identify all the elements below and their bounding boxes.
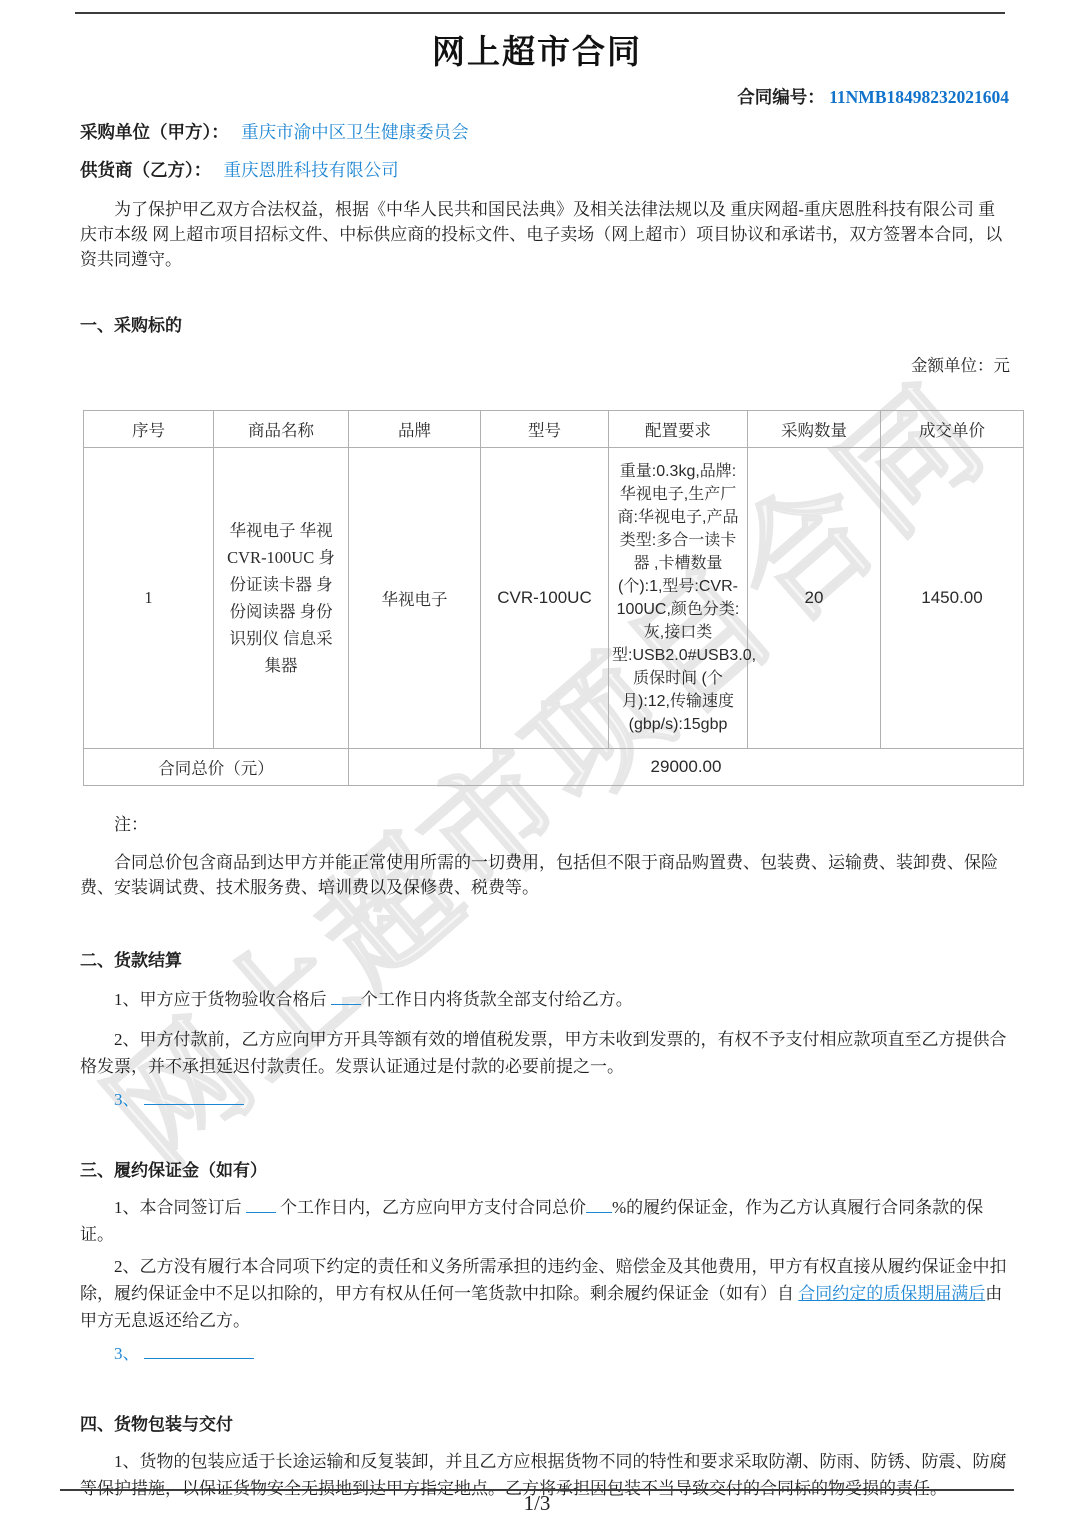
cell-product-name: 华视电子 华视 CVR-100UC 身份证读卡器 身份阅读器 身份识别仪 信息采…: [214, 448, 349, 749]
party-b-value: 重庆恩胜科技有限公司: [224, 160, 399, 180]
header-product-name: 商品名称: [214, 411, 349, 448]
s3-item1-mid: 个工作日内，乙方应向甲方支付合同总价: [276, 1198, 586, 1217]
amount-unit-note: 金额单位：元: [911, 352, 1010, 376]
s2-item1-blank: [331, 986, 361, 1005]
section-2-heading: 二、货款结算: [80, 946, 182, 971]
goods-table: 序号 商品名称 品牌 型号 配置要求 采购数量 成交单价 1 华视电子 华视 C…: [83, 410, 1024, 786]
cell-quantity: 20: [748, 448, 881, 749]
header-config: 配置要求: [609, 411, 748, 448]
top-divider: [75, 12, 1005, 14]
s2-item3-number: 3、: [114, 1090, 140, 1109]
section-2-item-1: 1、甲方应于货物验收合格后 个工作日内将货款全部支付给乙方。: [80, 986, 1010, 1013]
note-label: 注：: [80, 812, 1010, 837]
contract-number-value: 11NMB18498232021604: [829, 87, 1009, 107]
header-index: 序号: [84, 411, 214, 448]
total-label-cell: 合同总价（元）: [84, 749, 349, 786]
cell-model: CVR-100UC: [481, 448, 609, 749]
table-row: 1 华视电子 华视 CVR-100UC 身份证读卡器 身份阅读器 身份识别仪 信…: [84, 448, 1024, 749]
page-number: 1/3: [0, 1491, 1074, 1516]
contract-number-label: 合同编号：: [737, 87, 825, 107]
table-header-row: 序号 商品名称 品牌 型号 配置要求 采购数量 成交单价: [84, 411, 1024, 448]
preamble-paragraph: 为了保护甲乙双方合法权益，根据《中华人民共和国民法典》及相关法律法规以及 重庆网…: [80, 197, 1010, 272]
s3-item3-blank: [144, 1340, 254, 1359]
cell-index: 1: [84, 448, 214, 749]
section-3-item-2: 2、乙方没有履行本合同项下约定的责任和义务所需承担的违约金、赔偿金及其他费用，甲…: [80, 1253, 1010, 1334]
header-brand: 品牌: [349, 411, 481, 448]
cell-brand: 华视电子: [349, 448, 481, 749]
header-unit-price: 成交单价: [881, 411, 1024, 448]
section-2-item-2: 2、甲方付款前，乙方应向甲方开具等额有效的增值税发票，甲方未收到发票的，有权不予…: [80, 1026, 1010, 1080]
section-2-item-3: 3、: [80, 1086, 1010, 1113]
section-3-item-1: 1、本合同签订后 个工作日内，乙方应向甲方支付合同总价%的履约保证金，作为乙方认…: [80, 1194, 1010, 1248]
warranty-period-link: 合同约定的质保期届满后: [798, 1284, 985, 1303]
s2-item3-blank: [144, 1086, 244, 1105]
section-1-heading: 一、采购标的: [80, 311, 182, 336]
table-total-row: 合同总价（元） 29000.00: [84, 749, 1024, 786]
page-title: 网上超市合同: [0, 26, 1074, 73]
cell-config: 重量:0.3kg,品牌:华视电子,生产厂商:华视电子,产品类型:多合一读卡器 ,…: [609, 448, 748, 749]
s3-item1-blank-percent: [586, 1194, 612, 1213]
s3-item1-blank-days: [246, 1194, 276, 1213]
header-model: 型号: [481, 411, 609, 448]
party-a-value: 重庆市渝中区卫生健康委员会: [241, 122, 469, 142]
section-3-item-3: 3、: [80, 1340, 1010, 1367]
party-b-line: 供货商（乙方）： 重庆恩胜科技有限公司: [80, 157, 399, 182]
cell-unit-price: 1450.00: [881, 448, 1024, 749]
party-b-label: 供货商（乙方）：: [80, 160, 211, 180]
s2-item1-post: 个工作日内将货款全部支付给乙方。: [361, 990, 633, 1009]
header-quantity: 采购数量: [748, 411, 881, 448]
s2-item1-pre: 1、甲方应于货物验收合格后: [114, 990, 331, 1009]
party-a-line: 采购单位（甲方）： 重庆市渝中区卫生健康委员会: [80, 119, 469, 144]
note-paragraph: 合同总价包含商品到达甲方并能正常使用所需的一切费用，包括但不限于商品购置费、包装…: [80, 850, 1010, 900]
contract-page: 网上超市项目合同 网上超市合同 合同编号： 11NMB1849823202160…: [0, 0, 1074, 1520]
section-4-heading: 四、货物包装与交付: [80, 1410, 233, 1435]
s3-item3-number: 3、: [114, 1344, 140, 1363]
s3-item1-pre: 1、本合同签订后: [114, 1198, 246, 1217]
contract-number-line: 合同编号： 11NMB18498232021604: [737, 84, 1009, 109]
party-a-label: 采购单位（甲方）：: [80, 122, 229, 142]
total-value-cell: 29000.00: [349, 749, 1024, 786]
section-3-heading: 三、履约保证金（如有）: [80, 1156, 267, 1181]
